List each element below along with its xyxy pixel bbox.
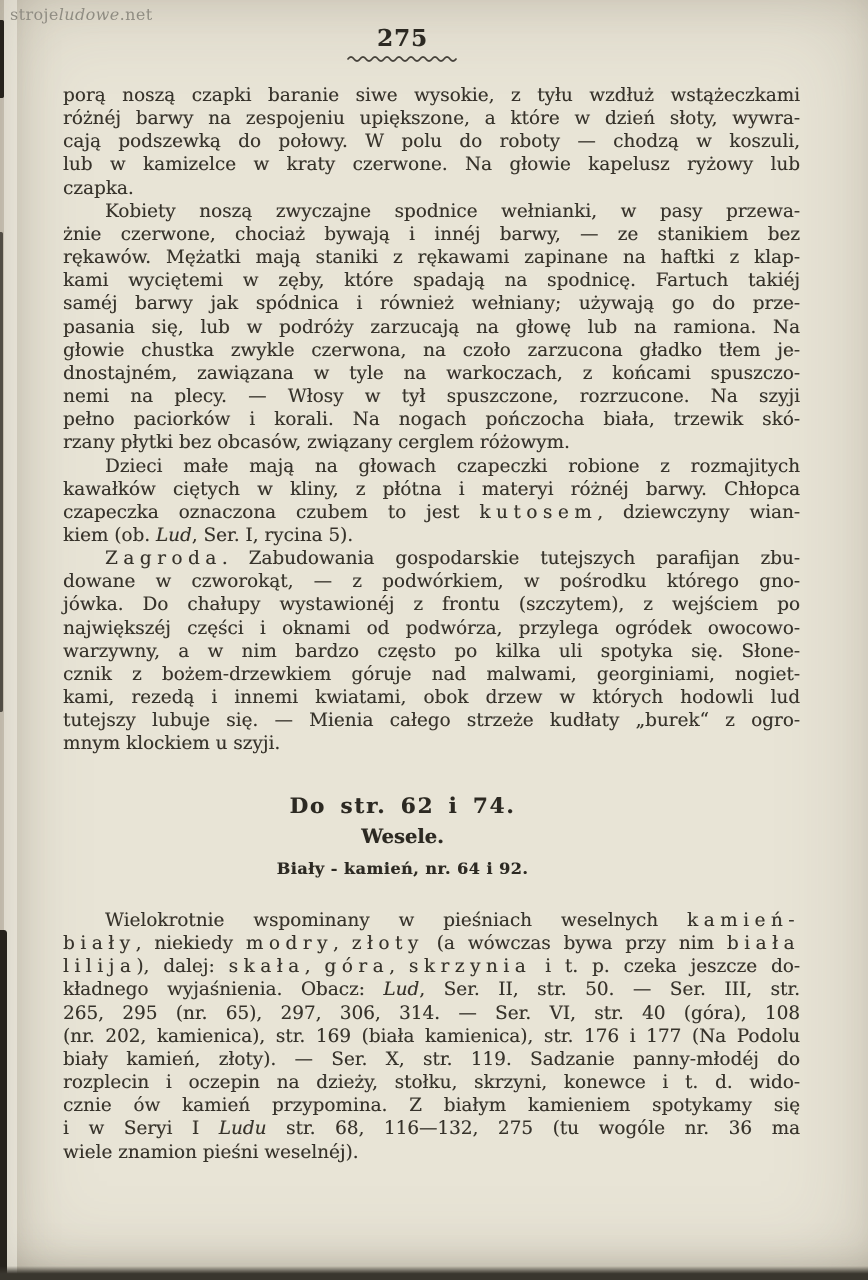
text-segment: kładnego wyjaśnienia. Obacz: [63,979,383,1000]
text-segment: rękawów. Mężatki mają staniki z rękawami… [63,247,800,268]
text-segment: porą noszą czapki baranie siwe wysokie, … [63,85,800,106]
text-line: saméj barwy jak spódnica i również wełni… [63,292,800,315]
text-segment: tutejszy lubuje się. — Mienia całego str… [63,710,800,731]
paragraph-wesele-kamien: Wielokrotnie wspominany w pieśniach wese… [63,909,800,1164]
watermark: strojeludowe.net [10,5,153,24]
text-segment: cznik z bożem-drzewkiem góruje nad malwa… [63,664,800,685]
text-line: kiem (ob. Lud, Ser. I, rycina 5). [63,524,800,547]
text-segment: i t. p. czeka jeszcze do- [531,956,800,977]
watermark-text-post: .net [120,5,153,24]
text-segment: pełno paciorków i korali. Na nogach pońc… [63,409,800,430]
text-line: różnéj barwy na zespojeniu upiększone, a… [63,107,800,130]
text-segment: biała [727,933,800,954]
text-segment: skrzynia [409,956,531,977]
text-segment: wiele znamion pieśni weselnéj). [63,1142,359,1163]
text-segment: kutosem [479,502,597,523]
page-header: 275 [0,25,805,62]
text-segment: kami, rezedą i innemi kwiatami, obok drz… [63,687,800,708]
text-segment: Zagroda [105,548,222,569]
scan-bottom-edge [0,1266,868,1280]
text-line: lilija), dalej: skała, góra, skrzynia i … [63,955,800,978]
text-segment: , niekiedy [136,933,246,954]
text-segment: rzany płytki bez obcasów, związany cergl… [63,432,570,453]
text-segment: nemi na plecy. — Włosy w tył spuszczone,… [63,386,800,407]
text-segment: dowane w czworokąt, — z podwórkiem, w po… [63,571,800,592]
text-segment: , [333,933,352,954]
text-segment: saméj barwy jak spódnica i również wełni… [63,293,800,314]
text-line: porą noszą czapki baranie siwe wysokie, … [63,84,800,107]
text-line: biały, niekiedy modry, złoty (a wówczas … [63,932,800,955]
text-segment: Wielokrotnie wspominany w pieśniach wese… [105,910,687,931]
text-segment: największéj części i oknami od podwórza,… [63,618,800,639]
text-line: rękawów. Mężatki mają staniki z rękawami… [63,246,800,269]
scanned-book-page: strojeludowe.net 275 porą noszą czapki b… [0,0,868,1280]
text-segment: cznie ów kamień przypomina. Z białym kam… [63,1095,800,1116]
text-segment: czapeczka oznaczona czubem to jest [63,502,479,523]
text-line: pełno paciorków i korali. Na nogach pońc… [63,408,800,431]
text-segment: rozplecin i oczepin na dzieży, stołku, s… [63,1072,800,1093]
text-segment: mnym klockiem u szyji. [63,733,280,754]
text-segment: modry [246,933,333,954]
section-location: Biały - kamień, nr. 64 i 92. [63,857,742,880]
text-line: Wielokrotnie wspominany w pieśniach wese… [63,909,800,932]
page-number: 275 [0,25,805,52]
text-segment: głowie chustka zwykle czerwona, na czoło… [63,340,800,361]
text-line: kami, rezedą i innemi kwiatami, obok drz… [63,686,800,709]
text-line: i w Seryi I Ludu str. 68, 116—132, 275 (… [63,1117,800,1140]
text-line: Zagroda. Zabudowania gospodarskie tutejs… [63,547,800,570]
binding-shadow-middle [0,232,3,712]
text-line: Kobiety noszą zwyczajne spodnice wełnian… [63,200,800,223]
text-segment: dnostajném, zawiązana w tyle na warkocza… [63,363,800,384]
text-segment: kawałków ciętych w kliny, z płótna i mat… [63,479,800,500]
text-segment: złoty [352,933,424,954]
text-segment: Dzieci małe mają na głowach czapeczki ro… [105,456,800,477]
section-title: Do str. 62 i 74. [63,795,742,818]
text-segment: pasania się, lub w podróży zarzucają na … [63,317,800,338]
text-line: głowie chustka zwykle czerwona, na czoło… [63,339,800,362]
text-segment: lub w kamizelce w kraty czerwone. Na gło… [63,154,800,175]
text-line: rozplecin i oczepin na dzieży, stołku, s… [63,1071,800,1094]
text-segment: cają podszewką do połowy. W polu do robo… [63,131,800,152]
text-segment: warzywny, a w nim bardzo często po kilka… [63,641,800,662]
text-segment: . Zabudowania gospodarskie tutejszych pa… [222,548,800,569]
text-segment: kiem (ob. [63,525,156,546]
wavy-underline-icon [347,53,459,62]
text-line: czapeczka oznaczona czubem to jest kutos… [63,501,800,524]
text-segment: , Ser. II, str. 50. — Ser. III, str. [419,979,800,1000]
text-line: cają podszewką do połowy. W polu do robo… [63,130,800,153]
watermark-text-pre: stroje [10,5,59,24]
watermark-text-italic: ludowe [59,5,120,24]
text-line: (nr. 202, kamienica), str. 169 (biała ka… [63,1025,800,1048]
text-line: biały kamień, złoty). — Ser. X, str. 119… [63,1048,800,1071]
text-line: największéj części i oknami od podwórza,… [63,617,800,640]
text-line: kawałków ciętych w kliny, z płótna i mat… [63,478,800,501]
text-segment: (nr. 202, kamienica), str. 169 (biała ka… [63,1026,800,1047]
text-segment: (a wówczas bywa przy nim [424,933,727,954]
text-segment: str. 68, 116—132, 275 (tu wogóle nr. 36 … [266,1118,800,1139]
text-line: Dzieci małe mają na głowach czapeczki ro… [63,455,800,478]
text-line: lub w kamizelce w kraty czerwone. Na gło… [63,153,800,176]
text-segment: czapka. [63,178,134,199]
text-line: kładnego wyjaśnienia. Obacz: Lud, Ser. I… [63,978,800,1001]
text-segment: , dziewczyny wian- [597,502,800,523]
text-line: rzany płytki bez obcasów, związany cergl… [63,431,800,454]
text-column: porą noszą czapki baranie siwe wysokie, … [63,84,800,1164]
text-segment: kami wyciętemi w zęby, które spadają na … [63,270,800,291]
text-line: nemi na plecy. — Włosy w tył spuszczone,… [63,385,800,408]
text-segment: , Ser. I, rycina 5). [192,525,353,546]
text-segment: góra [324,956,389,977]
text-segment: biały [63,933,136,954]
text-segment: kamień- [687,910,800,931]
section-heading-block: Do str. 62 i 74. Wesele. Biały - kamień,… [63,795,800,880]
text-line: żnie czerwone, chociaż bywają i innéj ba… [63,223,800,246]
text-line: wiele znamion pieśni weselnéj). [63,1141,800,1164]
text-segment: żnie czerwone, chociaż bywają i innéj ba… [63,224,800,245]
text-segment: różnéj barwy na zespojeniu upiększone, a… [63,108,800,129]
text-segment: jówka. Do chałupy wystawionéj z frontu (… [63,594,800,615]
text-line: dowane w czworokąt, — z podwórkiem, w po… [63,570,800,593]
text-line: cznik z bożem-drzewkiem góruje nad malwa… [63,663,800,686]
text-line: warzywny, a w nim bardzo często po kilka… [63,640,800,663]
text-line: pasania się, lub w podróży zarzucają na … [63,316,800,339]
text-segment: Ludu [219,1118,267,1139]
text-line: 265, 295 (nr. 65), 297, 306, 314. — Ser.… [63,1002,800,1025]
paragraph-womens-costume: Kobiety noszą zwyczajne spodnice wełnian… [63,200,800,455]
text-line: cznie ów kamień przypomina. Z białym kam… [63,1094,800,1117]
text-line: dnostajném, zawiązana w tyle na warkocza… [63,362,800,385]
text-segment: biały kamień, złoty). — Ser. X, str. 119… [63,1049,800,1070]
section-subtitle: Wesele. [63,825,742,848]
text-line: mnym klockiem u szyji. [63,732,800,755]
text-line: kami wyciętemi w zęby, które spadają na … [63,269,800,292]
binding-shadow-bottom [0,930,7,1280]
paragraph-mens-costume: porą noszą czapki baranie siwe wysokie, … [63,84,800,200]
paragraph-zagroda: Zagroda. Zabudowania gospodarskie tutejs… [63,547,800,755]
paragraph-children-caps: Dzieci małe mają na głowach czapeczki ro… [63,455,800,548]
text-segment: ), dalej: [136,956,228,977]
text-segment: Lud [156,525,192,546]
text-segment: Lud [383,979,419,1000]
text-line: jówka. Do chałupy wystawionéj z frontu (… [63,593,800,616]
text-segment: i w Seryi I [63,1118,219,1139]
text-segment: lilija [63,956,136,977]
text-segment: , [389,956,409,977]
text-line: czapka. [63,177,800,200]
text-segment: , [305,956,325,977]
text-segment: Kobiety noszą zwyczajne spodnice wełnian… [105,201,800,222]
text-line: tutejszy lubuje się. — Mienia całego str… [63,709,800,732]
text-segment: 265, 295 (nr. 65), 297, 306, 314. — Ser.… [63,1003,800,1024]
text-segment: skała [229,956,305,977]
